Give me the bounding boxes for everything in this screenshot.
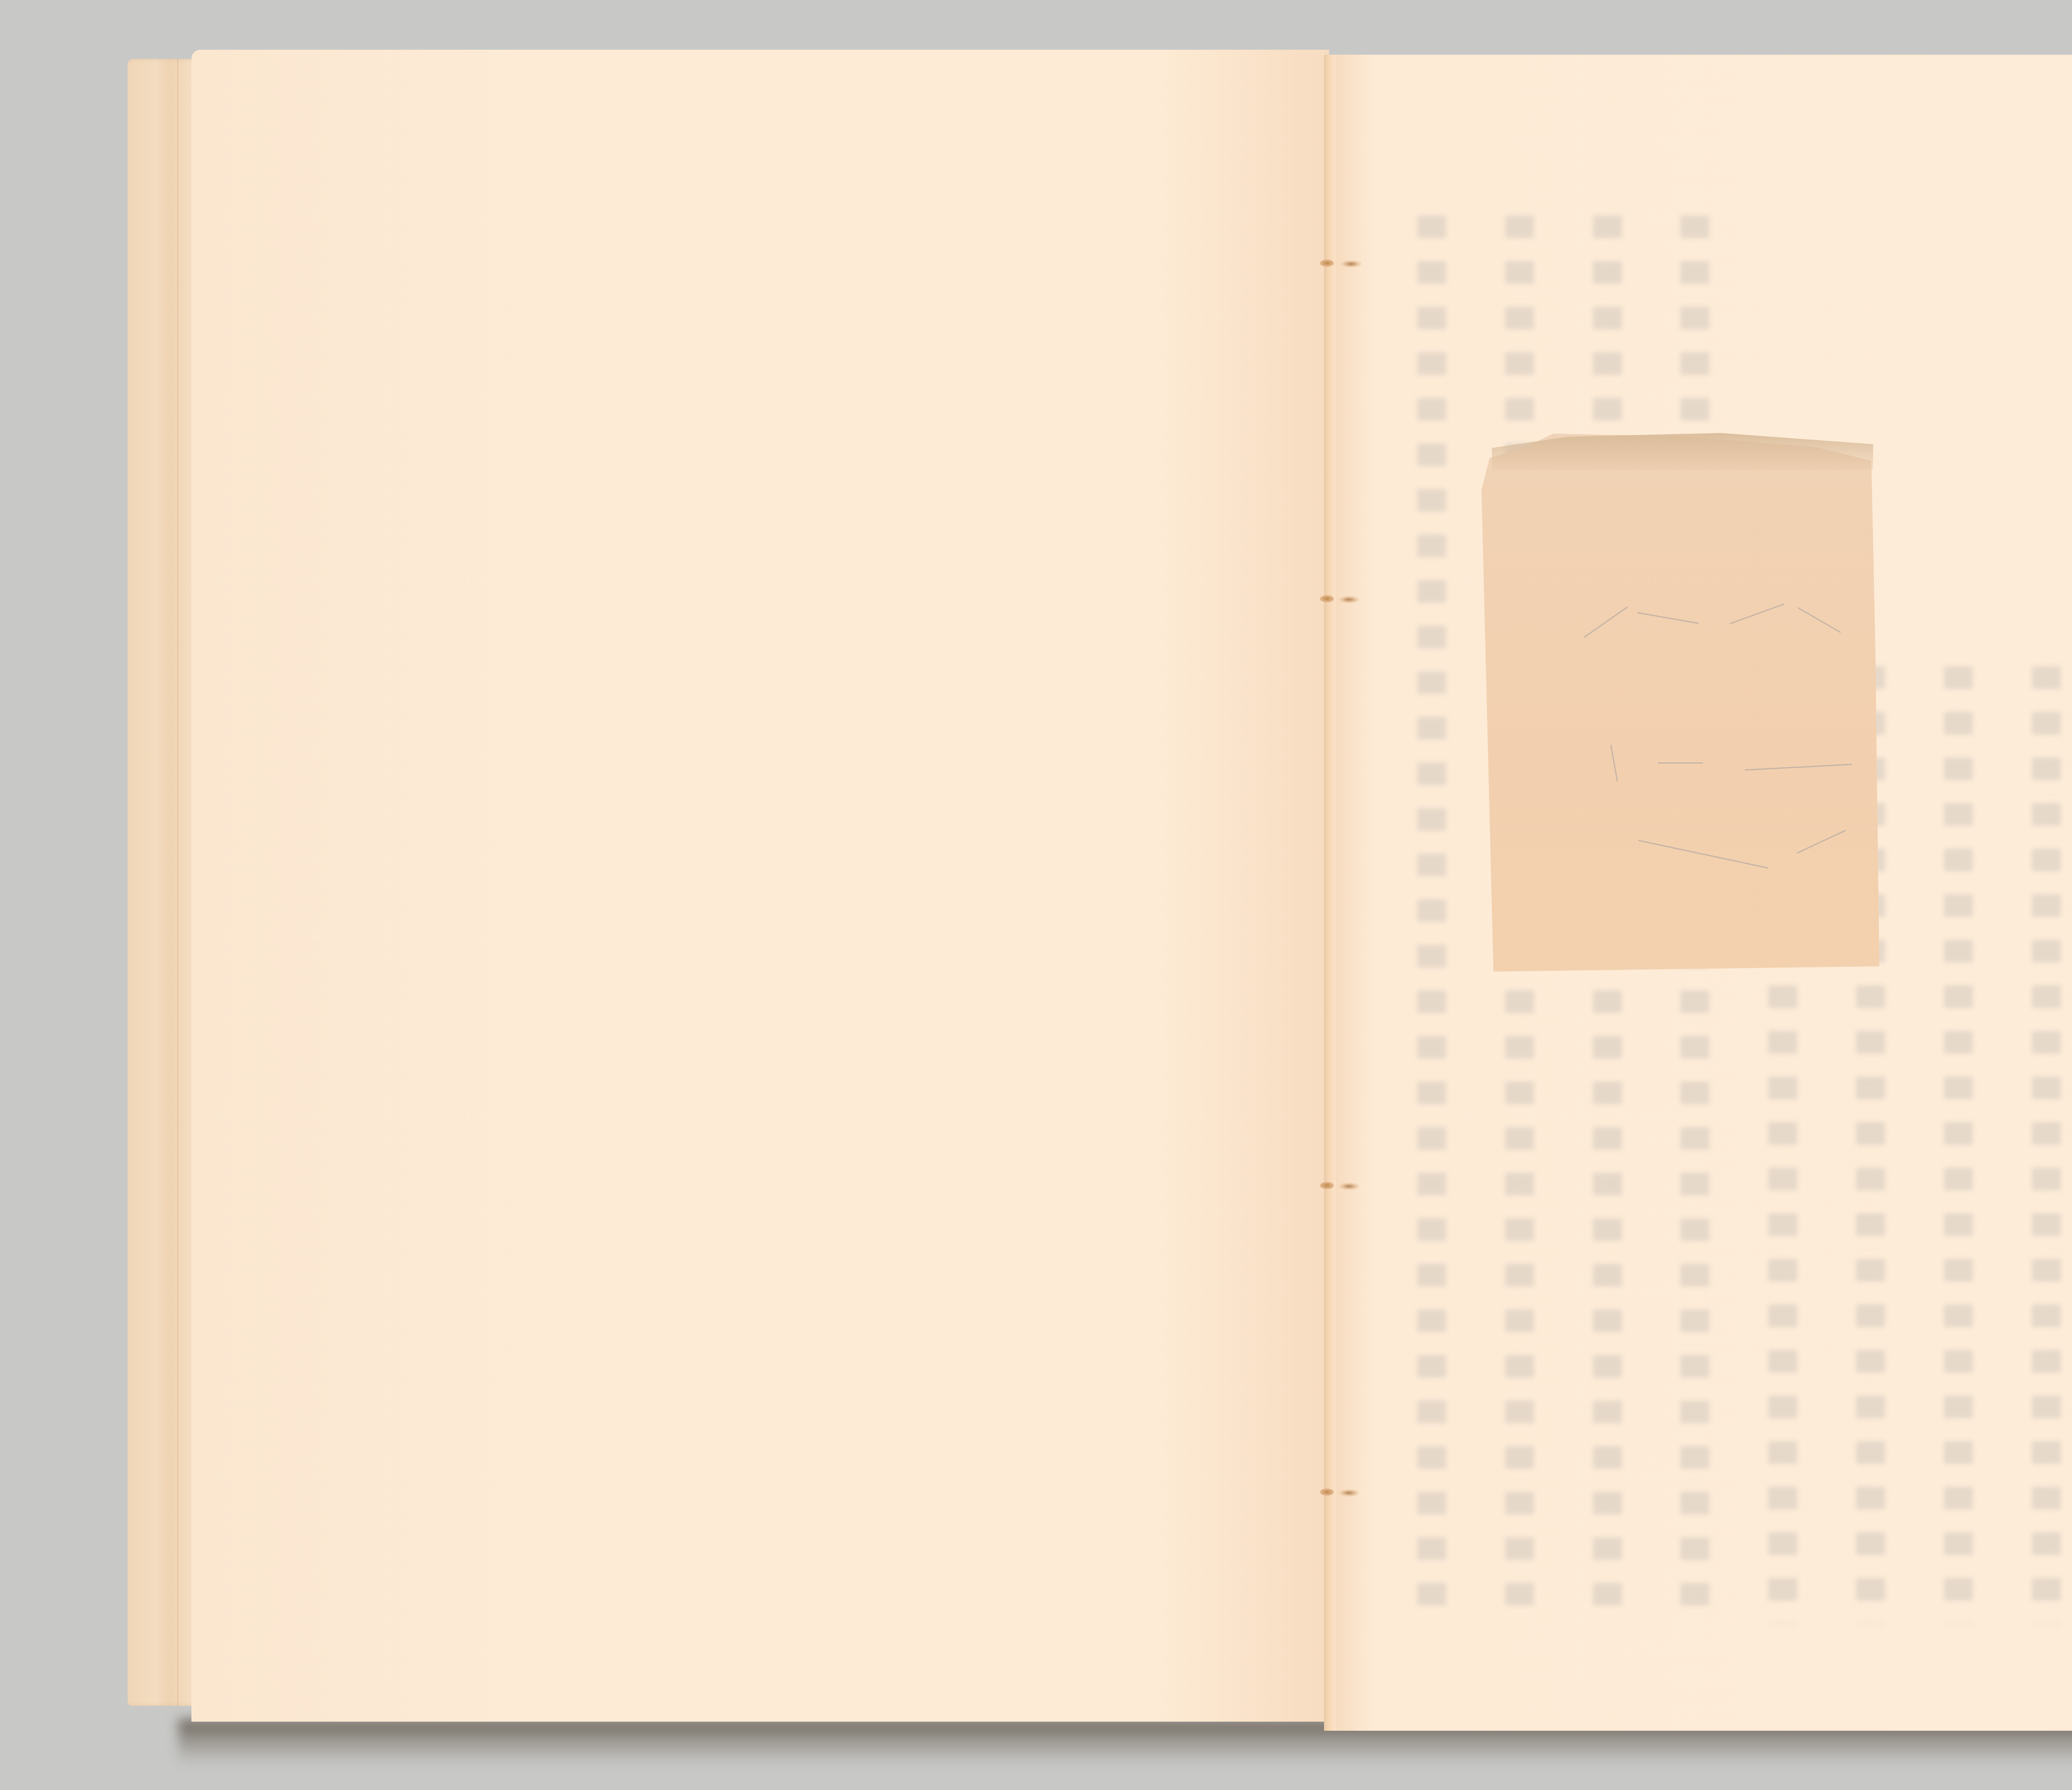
slip-pencil-marks	[1571, 588, 1861, 878]
stitch-hole	[1341, 260, 1361, 268]
stitch-hole	[1339, 1183, 1359, 1190]
cover-fold-line	[177, 59, 178, 1706]
stitch-hole	[1339, 596, 1359, 603]
stitch-hole	[1339, 1489, 1359, 1497]
show-through-column	[2032, 666, 2061, 1624]
show-through-column	[1944, 666, 1973, 1624]
book-cover-edge-left	[128, 59, 198, 1706]
left-page	[191, 50, 1329, 1722]
stitch-hole	[1320, 595, 1334, 602]
stitch-hole	[1320, 1182, 1334, 1189]
stitch-hole	[1320, 1488, 1334, 1496]
stitch-hole	[1320, 259, 1334, 267]
spine-gutter	[1324, 55, 1336, 1731]
show-through-column	[1417, 215, 1446, 1624]
